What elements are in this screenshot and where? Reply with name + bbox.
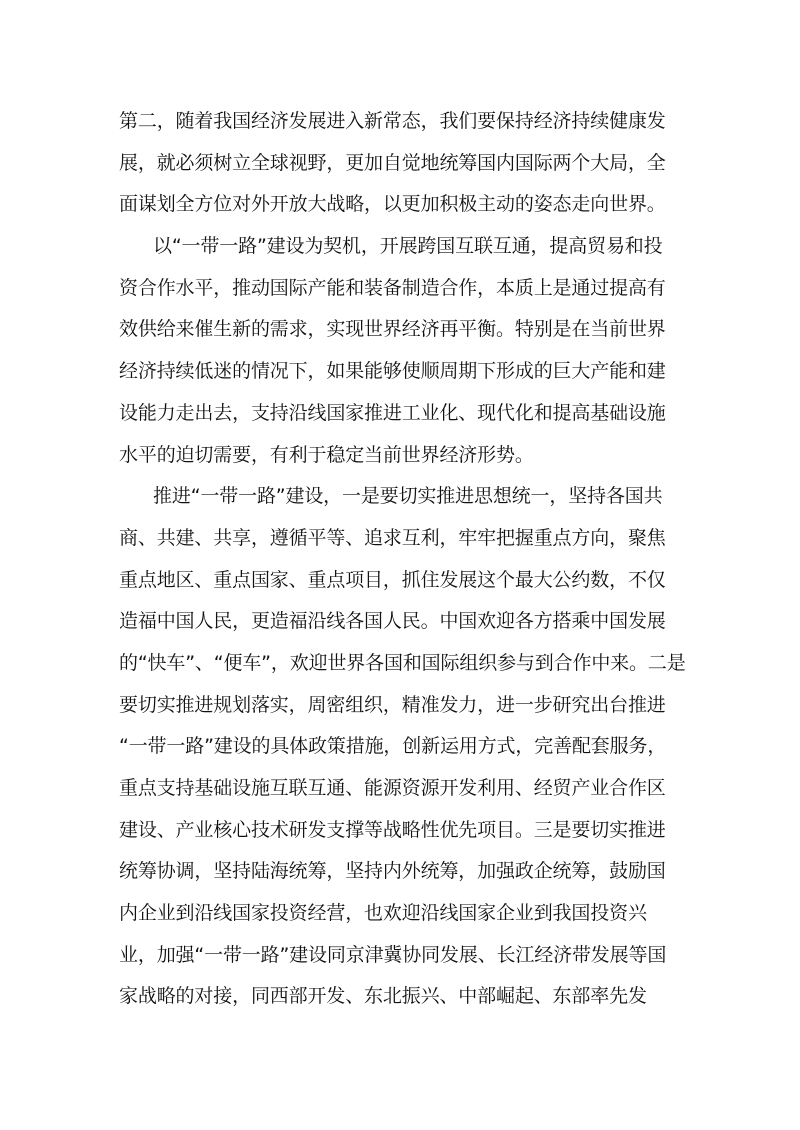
text-line: 展，就必须树立全球视野，更加自觉地统筹国内国际两个大局，全 (119, 143, 689, 185)
text-line: 面谋划全方位对外开放大战略，以更加积极主动的姿态走向世界。 (119, 184, 689, 226)
text-line: 效供给来催生新的需求，实现世界经济再平衡。特别是在当前世界 (119, 309, 689, 351)
text-line: “一带一路”建设的具体政策措施，创新运用方式，完善配套服务， (119, 726, 689, 768)
text-line: 商、共建、共享，遵循平等、追求互利，牢牢把握重点方向，聚焦 (119, 518, 689, 560)
text-line: 水平的迫切需要，有利于稳定当前世界经济形势。 (119, 435, 689, 477)
text-line: 重点地区、重点国家、重点项目，抓住发展这个最大公约数，不仅 (119, 560, 689, 602)
text-line: 的“快车”、“便车”，欢迎世界各国和国际组织参与到合作中来。二是 (119, 643, 689, 685)
text-line: 推进“一带一路”建设，一是要切实推进思想统一，坚持各国共 (119, 476, 689, 518)
text-line: 重点支持基础设施互联互通、能源资源开发利用、经贸产业合作区 (119, 768, 689, 810)
paragraph-2: 以“一带一路”建设为契机，开展跨国互联互通，提高贸易和投 资合作水平，推动国际产… (119, 226, 689, 476)
text-line: 设能力走出去，支持沿线国家推进工业化、现代化和提高基础设施 (119, 393, 689, 435)
text-line: 以“一带一路”建设为契机，开展跨国互联互通，提高贸易和投 (119, 226, 689, 268)
text-line: 经济持续低迷的情况下，如果能够使顺周期下形成的巨大产能和建 (119, 351, 689, 393)
document-page: 第二，随着我国经济发展进入新常态，我们要保持经济持续健康发 展，就必须树立全球视… (119, 101, 689, 1018)
text-line: 第二，随着我国经济发展进入新常态，我们要保持经济持续健康发 (119, 101, 689, 143)
text-line: 要切实推进规划落实，周密组织，精准发力，进一步研究出台推进 (119, 685, 689, 727)
text-line: 资合作水平，推动国际产能和装备制造合作，本质上是通过提高有 (119, 268, 689, 310)
paragraph-3: 推进“一带一路”建设，一是要切实推进思想统一，坚持各国共 商、共建、共享，遵循平… (119, 476, 689, 1018)
text-line: 家战略的对接，同西部开发、东北振兴、中部崛起、东部率先发 (119, 976, 689, 1018)
text-line: 业，加强“一带一路”建设同京津冀协同发展、长江经济带发展等国 (119, 935, 689, 977)
paragraph-1: 第二，随着我国经济发展进入新常态，我们要保持经济持续健康发 展，就必须树立全球视… (119, 101, 689, 226)
text-line: 建设、产业核心技术研发支撑等战略性优先项目。三是要切实推进 (119, 810, 689, 852)
text-line: 造福中国人民，更造福沿线各国人民。中国欢迎各方搭乘中国发展 (119, 601, 689, 643)
text-line: 统筹协调，坚持陆海统筹，坚持内外统筹，加强政企统筹，鼓励国 (119, 851, 689, 893)
text-line: 内企业到沿线国家投资经营，也欢迎沿线国家企业到我国投资兴 (119, 893, 689, 935)
